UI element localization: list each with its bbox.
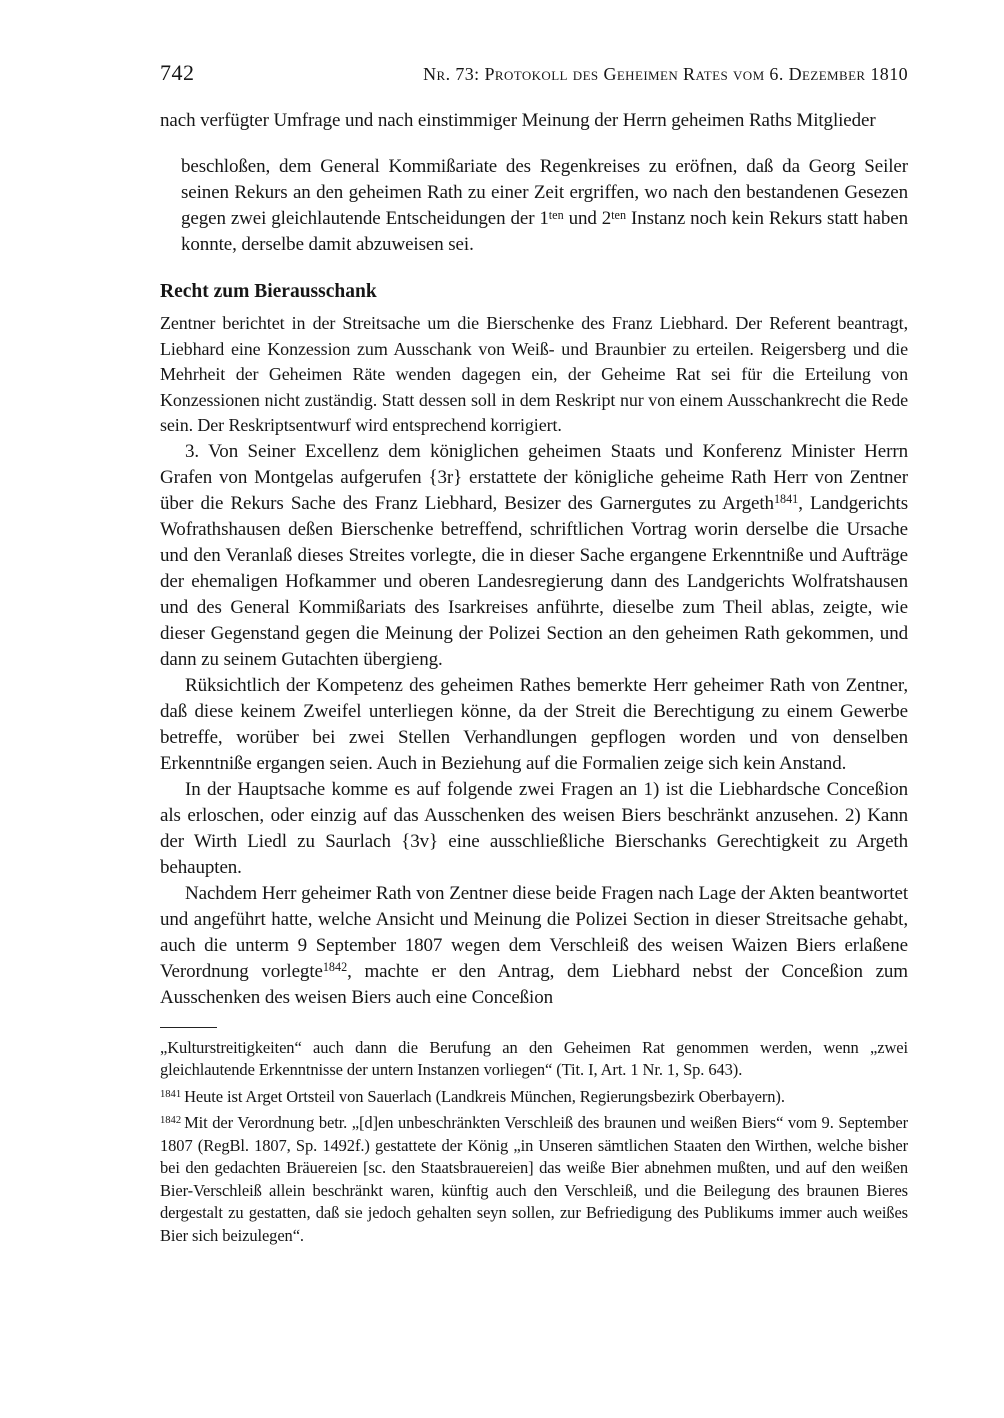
- paragraph-competence: Rüksichtlich der Kompetenz des geheimen …: [160, 673, 908, 777]
- paragraph-report: 3. Von Seiner Excellenz dem königlichen …: [160, 439, 908, 673]
- document-page: 742 Nr. 73: Protokoll des Geheimen Rates…: [0, 0, 1004, 1418]
- page-number: 742: [160, 60, 195, 86]
- footnote-separator-rule: [160, 1027, 217, 1028]
- body-text: nach verfügter Umfrage und nach einstimm…: [160, 108, 908, 1011]
- decision-blockquote: beschloßen, dem General Kommißariate des…: [181, 154, 908, 258]
- footnote-number-1841: 1841: [160, 1089, 181, 1100]
- paragraph-main-questions: In der Hauptsache komme es auf folgende …: [160, 777, 908, 881]
- footnotes: „Kulturstreitigkeiten“ auch dann die Ber…: [160, 1037, 908, 1248]
- footnote-1842: 1842Mit der Verordnung betr. „[d]en unbe…: [160, 1112, 908, 1247]
- paragraph-motion: Nachdem Herr geheimer Rath von Zentner d…: [160, 881, 908, 1011]
- paragraph-intro: nach verfügter Umfrage und nach einstimm…: [160, 108, 908, 134]
- footnote-continuation: „Kulturstreitigkeiten“ auch dann die Ber…: [160, 1037, 908, 1082]
- running-header: 742 Nr. 73: Protokoll des Geheimen Rates…: [160, 60, 908, 86]
- footnote-1842-text: Mit der Verordnung betr. „[d]en unbeschr…: [160, 1113, 908, 1245]
- footnote-1841: 1841Heute ist Arget Ortsteil von Sauerla…: [160, 1086, 908, 1109]
- footnote-number-1842: 1842: [160, 1115, 181, 1126]
- editorial-summary: Zentner berichtet in der Streitsache um …: [160, 311, 908, 439]
- running-head: Nr. 73: Protokoll des Geheimen Rates vom…: [423, 64, 908, 85]
- footnote-1841-text: Heute ist Arget Ortsteil von Sauerlach (…: [184, 1087, 785, 1106]
- section-heading: Recht zum Bierausschank: [160, 278, 908, 305]
